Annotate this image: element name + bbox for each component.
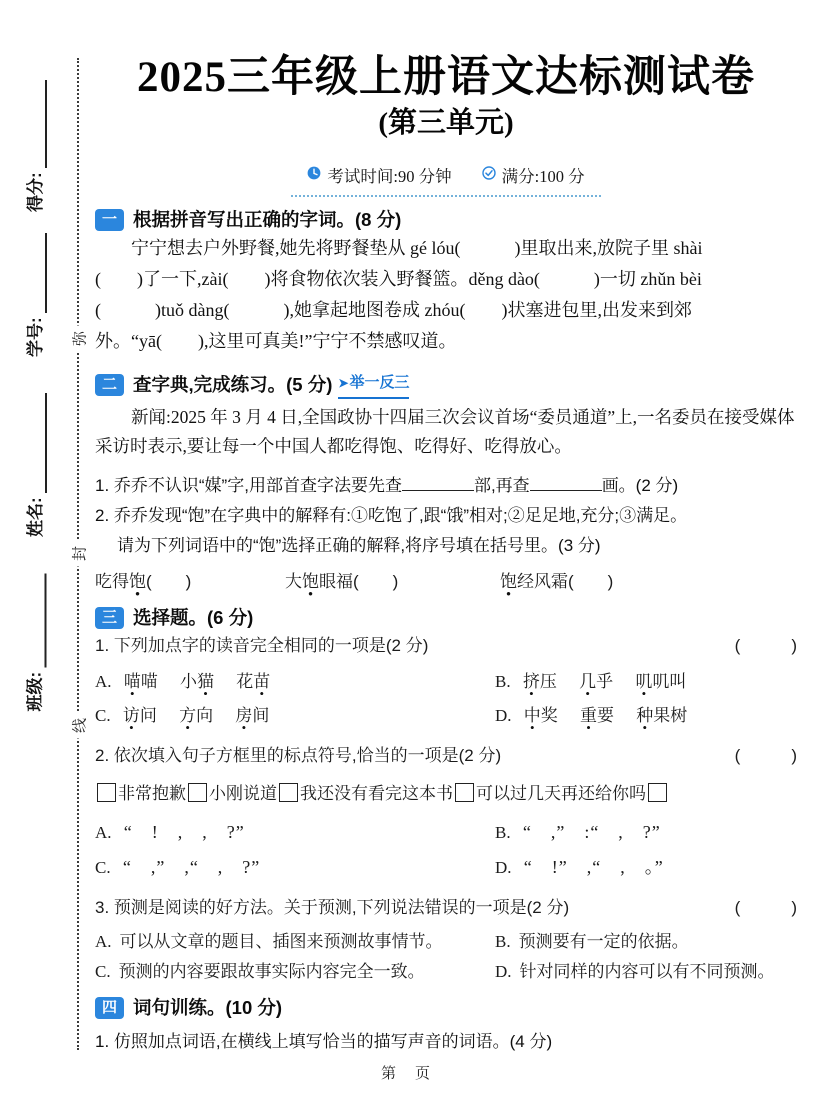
word-item: 种果树 xyxy=(636,706,687,725)
student-number-blank-line xyxy=(29,233,47,313)
section2-question1: 1. 乔乔不认识“媒”字,用部首查字法要先查部,再查画。(2 分) xyxy=(95,471,797,501)
score-label: 得分: xyxy=(25,172,47,212)
section2-question2-line1: 2. 乔乔发现“饱”在字典中的解释有:①吃饱了,跟“饿”相对;②足足地,充分;③… xyxy=(95,501,797,531)
choice-question3-options: A.可以从文章的题目、插图来预测故事情节。 B.预测要有一定的依据。 C.预测的… xyxy=(95,927,797,987)
word-item: 挤压 xyxy=(523,672,557,691)
student-number-label: 学号: xyxy=(25,317,47,357)
passage-line: ( )了一下,zài( )将食物依次装入野餐篮。děng dào( )一切 zh… xyxy=(95,264,797,295)
answer-bracket: ( ) xyxy=(735,741,797,771)
passage-line: 宁宁想去户外野餐,她先将野餐垫从 gé lóu( )里取出来,放院子里 shài xyxy=(95,233,797,264)
word-item: 访问 xyxy=(123,706,157,725)
choice-question3-stem: 3. 预测是阅读的好方法。关于预测,下列说法错误的一项是(2 分) xyxy=(95,893,569,923)
option-A: A. 喵喵 小猫 花苗 xyxy=(95,665,495,699)
exam-time: 考试时间:90 分钟 xyxy=(307,163,451,187)
choice-question3-stem-row: 3. 预测是阅读的好方法。关于预测,下列说法错误的一项是(2 分) ( ) xyxy=(95,893,797,923)
punctuation-box xyxy=(97,783,116,802)
choice-question2-stem: 2. 依次填入句子方框里的标点符号,恰当的一项是(2 分) xyxy=(95,741,501,771)
name-label: 姓名: xyxy=(25,497,47,537)
section3-title: 选择题。(6 分) xyxy=(133,605,253,631)
clock-icon xyxy=(307,165,321,185)
section1-number-badge: 一 xyxy=(95,209,124,231)
news-paragraph: 新闻:2025 年 3 月 4 日,全国政协十四届三次会议首场“委员通道”上,一… xyxy=(95,403,797,461)
class-field: 班级: xyxy=(23,553,47,712)
choice-question1-options: A. 喵喵 小猫 花苗 B. 挤压 几乎 叽叽叫 C. 访问 方向 房间 D. … xyxy=(95,665,797,733)
option-C: C.预测的内容要跟故事实际内容完全一致。 xyxy=(95,957,495,987)
section2-word-list: 吃得饱( ) 大饱眼福( ) 饱经风霜( ) xyxy=(95,567,797,597)
option-B: B.预测要有一定的依据。 xyxy=(495,927,795,957)
punctuation-box xyxy=(279,783,298,802)
page-title: 2025三年级上册语文达标测试卷 xyxy=(95,52,797,104)
option-C: C. 访问 方向 房间 xyxy=(95,699,495,733)
passage-line: 外。“yā( ),这里可真美!”宁宁不禁感叹道。 xyxy=(95,326,797,357)
choice-question2-options: A. “ ! , , ?” B. “ ,” :“ , ?” C. “ ,” ,“… xyxy=(95,815,797,885)
word-item: 喵喵 xyxy=(124,672,158,691)
class-blank-line xyxy=(29,574,47,668)
word-item: 小猫 xyxy=(180,672,214,691)
section3-heading: 三 选择题。(6 分) xyxy=(95,605,797,631)
passage-line: ( )tuǒ dàng( ),她拿起地图卷成 zhóu( )状塞进包里,出发来到… xyxy=(95,295,797,326)
page-subtitle: (第三单元) xyxy=(95,104,797,142)
choice-question1-stem: 1. 下列加点字的读音完全相同的一项是(2 分) xyxy=(95,631,428,661)
paper-body: 2025三年级上册语文达标测试卷 (第三单元) 考试时间:90 分钟 满分:10… xyxy=(95,0,797,1057)
seal-char-mi: 弥 xyxy=(66,326,93,352)
section4-heading: 四 词句训练。(10 分) xyxy=(95,995,797,1021)
exam-time-label: 考试时间:90 分钟 xyxy=(327,163,451,187)
word-item: 方向 xyxy=(179,706,213,725)
option-B: B. “ ,” :“ , ?” xyxy=(495,815,795,850)
section1-heading: 一 根据拼音写出正确的字词。(8 分) xyxy=(95,207,797,233)
option-A: A.可以从文章的题目、插图来预测故事情节。 xyxy=(95,927,495,957)
section2-number-badge: 二 xyxy=(95,374,124,396)
arrow-icon: ➤ xyxy=(338,376,348,390)
choice-question1-stem-row: 1. 下列加点字的读音完全相同的一项是(2 分) ( ) xyxy=(95,631,797,661)
name-blank-line xyxy=(29,393,47,493)
section4-number-badge: 四 xyxy=(95,997,124,1019)
name-field: 姓名: xyxy=(23,373,47,537)
section4-question1: 1. 仿照加点词语,在横线上填写恰当的描写声音的词语。(4 分) xyxy=(95,1027,797,1057)
student-number-field: 学号: xyxy=(23,215,47,357)
section1-passage: 宁宁想去户外野餐,她先将野餐垫从 gé lóu( )里取出来,放院子里 shài… xyxy=(95,233,797,357)
word-item: 重要 xyxy=(580,706,614,725)
answer-blank xyxy=(402,475,474,491)
answer-bracket: ( ) xyxy=(735,893,797,923)
score-field: 得分: xyxy=(23,60,47,212)
punctuation-sentence: 非常抱歉小刚说道我还没有看完这本书可以过几天再还给你吗 xyxy=(95,777,797,811)
option-D: D. “ !” ,“ , 。” xyxy=(495,850,795,885)
section4-title: 词句训练。(10 分) xyxy=(133,995,282,1021)
seal-char-xian: 线 xyxy=(66,713,93,739)
section2-heading: 二 查字典,完成练习。(5 分) ➤举一反三 xyxy=(95,370,797,399)
option-D: D.针对同样的内容可以有不同预测。 xyxy=(495,957,795,987)
punctuation-box xyxy=(455,783,474,802)
section2-title: 查字典,完成练习。(5 分) xyxy=(133,372,332,398)
word-item: 饱经风霜( ) xyxy=(500,567,613,597)
section3-number-badge: 三 xyxy=(95,607,124,629)
answer-bracket: ( ) xyxy=(735,631,797,661)
section1-title: 根据拼音写出正确的字词。(8 分) xyxy=(133,207,401,233)
option-D: D. 中奖 重要 种果树 xyxy=(495,699,795,733)
option-C: C. “ ,” ,“ , ?” xyxy=(95,850,495,885)
section2-question2-line2: 请为下列词语中的“饱”选择正确的解释,将序号填在括号里。(3 分) xyxy=(117,531,797,561)
option-B: B. 挤压 几乎 叽叽叫 xyxy=(495,665,795,699)
choice-question2-stem-row: 2. 依次填入句子方框里的标点符号,恰当的一项是(2 分) ( ) xyxy=(95,741,797,771)
answer-blank xyxy=(530,475,602,491)
analogy-tag: ➤举一反三 xyxy=(338,370,409,399)
word-item: 房间 xyxy=(235,706,269,725)
exam-info-bar: 考试时间:90 分钟 满分:100 分 xyxy=(291,160,600,197)
score-blank-line xyxy=(29,80,47,168)
punctuation-box xyxy=(188,783,207,802)
word-item: 中奖 xyxy=(524,706,558,725)
word-item: 几乎 xyxy=(579,672,613,691)
check-circle-icon xyxy=(482,165,496,185)
word-item: 大饱眼福( ) xyxy=(285,567,500,597)
class-label: 班级: xyxy=(25,672,47,712)
full-score: 满分:100 分 xyxy=(482,163,585,187)
seal-char-feng: 封 xyxy=(66,541,93,567)
punctuation-box xyxy=(648,783,667,802)
option-A: A. “ ! , , ?” xyxy=(95,815,495,850)
seal-margin: 弥 封 线 得分: 学号: 姓名: 班级: xyxy=(0,0,95,1112)
word-item: 吃得饱( ) xyxy=(95,567,285,597)
word-item: 花苗 xyxy=(236,672,270,691)
word-item: 叽叽叫 xyxy=(635,672,686,691)
full-score-label: 满分:100 分 xyxy=(502,163,585,187)
page-footer: 第 页 xyxy=(0,1062,813,1083)
